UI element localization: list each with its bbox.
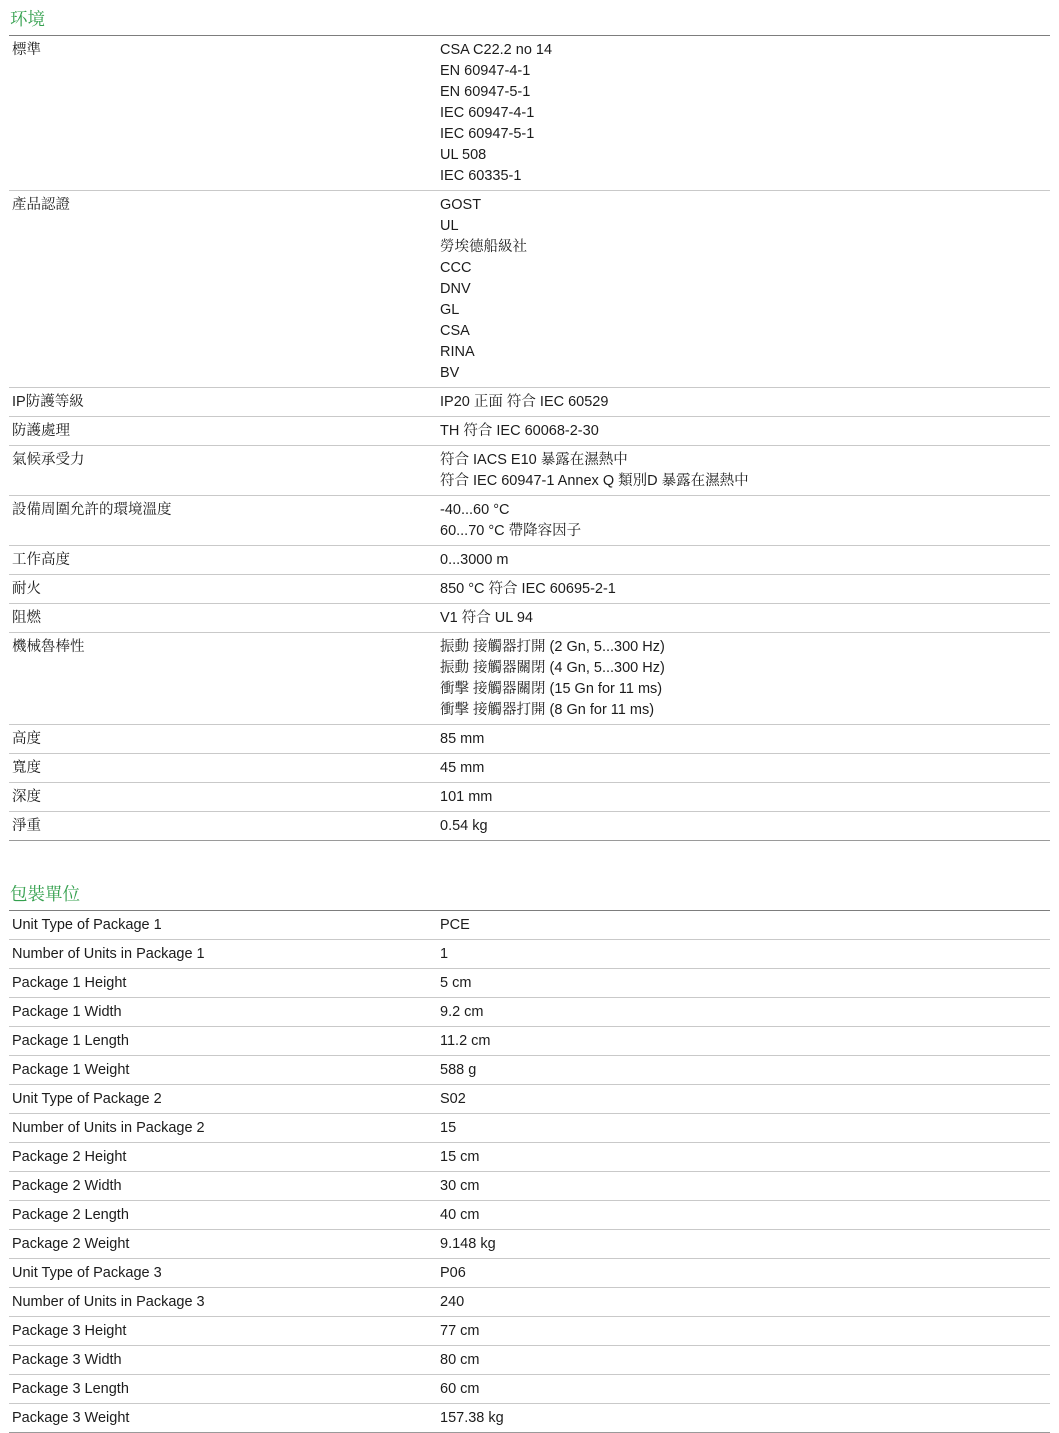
spec-label: 耐火 [9,579,440,600]
spec-value-line: 60 cm [440,1379,1046,1400]
spec-value-line: 45 mm [440,758,1046,779]
spec-label: 寬度 [9,758,440,779]
spec-value-line: 衝擊 接觸器打開 (8 Gn for 11 ms) [440,700,1046,721]
spec-page: 环境 標準 CSA C22.2 no 14EN 60947-4-1EN 6094… [0,0,1059,1433]
spec-row: 防護處理 TH 符合 IEC 60068-2-30 [9,417,1050,446]
spec-value-line: 符合 IACS E10 暴露在濕熱中 [440,450,1046,471]
spec-value-line: EN 60947-4-1 [440,61,1046,82]
spec-value: 40 cm [440,1205,1050,1226]
spec-row: Number of Units in Package 3 240 [9,1288,1050,1317]
section-rows: Unit Type of Package 1 PCE Number of Uni… [9,910,1050,1433]
spec-value-line: 勞埃德船級社 [440,237,1046,258]
spec-value-line: GOST [440,195,1046,216]
spec-value: P06 [440,1263,1050,1284]
spec-value-line: CCC [440,258,1046,279]
spec-label: Package 3 Length [9,1379,440,1400]
spec-value: -40...60 °C60...70 °C 帶降容因子 [440,500,1050,542]
spec-row: Package 1 Weight 588 g [9,1056,1050,1085]
spec-value: 15 [440,1118,1050,1139]
spec-value-line: 40 cm [440,1205,1046,1226]
spec-section: 包裝單位 Unit Type of Package 1 PCE Number o… [9,883,1050,1433]
spec-label: 工作高度 [9,550,440,571]
spec-label: 產品認證 [9,195,440,216]
spec-label: Package 2 Width [9,1176,440,1197]
spec-value-line: IP20 正面 符合 IEC 60529 [440,392,1046,413]
section-title: 包裝單位 [9,883,1050,910]
spec-row: 產品認證 GOSTUL勞埃德船級社CCCDNVGLCSARINABV [9,191,1050,388]
spec-value-line: 9.2 cm [440,1002,1046,1023]
spec-value: S02 [440,1089,1050,1110]
spec-value-line: IEC 60335-1 [440,166,1046,187]
spec-value: 240 [440,1292,1050,1313]
spec-value: 85 mm [440,729,1050,750]
spec-row: Package 3 Length 60 cm [9,1375,1050,1404]
spec-label: Package 2 Height [9,1147,440,1168]
spec-value: 0...3000 m [440,550,1050,571]
spec-row: Package 2 Height 15 cm [9,1143,1050,1172]
spec-value: 15 cm [440,1147,1050,1168]
spec-value-line: CSA C22.2 no 14 [440,40,1046,61]
spec-value-line: DNV [440,279,1046,300]
spec-value-line: RINA [440,342,1046,363]
spec-value-line: IEC 60947-4-1 [440,103,1046,124]
spec-value: 5 cm [440,973,1050,994]
spec-row: 標準 CSA C22.2 no 14EN 60947-4-1EN 60947-5… [9,36,1050,191]
section-rows: 標準 CSA C22.2 no 14EN 60947-4-1EN 60947-5… [9,35,1050,841]
spec-row: 寬度 45 mm [9,754,1050,783]
spec-row: 耐火 850 °C 符合 IEC 60695-2-1 [9,575,1050,604]
spec-label: Number of Units in Package 3 [9,1292,440,1313]
spec-value-line: 157.38 kg [440,1408,1046,1429]
spec-value-line: -40...60 °C [440,500,1046,521]
spec-value-line: 85 mm [440,729,1046,750]
spec-row: Package 1 Height 5 cm [9,969,1050,998]
spec-label: Package 3 Weight [9,1408,440,1429]
spec-value-line: BV [440,363,1046,384]
spec-row: Package 2 Length 40 cm [9,1201,1050,1230]
spec-value-line: GL [440,300,1046,321]
spec-value-line: V1 符合 UL 94 [440,608,1046,629]
spec-row: Package 3 Width 80 cm [9,1346,1050,1375]
spec-row: Package 2 Weight 9.148 kg [9,1230,1050,1259]
spec-row: 工作高度 0...3000 m [9,546,1050,575]
spec-value: 30 cm [440,1176,1050,1197]
spec-value: V1 符合 UL 94 [440,608,1050,629]
spec-value-line: 11.2 cm [440,1031,1046,1052]
spec-value: GOSTUL勞埃德船級社CCCDNVGLCSARINABV [440,195,1050,384]
spec-value-line: EN 60947-5-1 [440,82,1046,103]
spec-value-line: 0.54 kg [440,816,1046,837]
spec-label: 機械魯棒性 [9,637,440,658]
spec-value-line: 588 g [440,1060,1046,1081]
spec-value-line: IEC 60947-5-1 [440,124,1046,145]
spec-value-line: UL 508 [440,145,1046,166]
spec-row: Package 1 Width 9.2 cm [9,998,1050,1027]
spec-section: 环境 標準 CSA C22.2 no 14EN 60947-4-1EN 6094… [9,8,1050,841]
spec-value: 850 °C 符合 IEC 60695-2-1 [440,579,1050,600]
spec-value-line: TH 符合 IEC 60068-2-30 [440,421,1046,442]
spec-row: Unit Type of Package 1 PCE [9,911,1050,940]
spec-value-line: P06 [440,1263,1046,1284]
spec-value: 60 cm [440,1379,1050,1400]
spec-row: 淨重 0.54 kg [9,812,1050,840]
spec-value: 157.38 kg [440,1408,1050,1429]
spec-value: TH 符合 IEC 60068-2-30 [440,421,1050,442]
spec-row: 高度 85 mm [9,725,1050,754]
spec-row: IP防護等級 IP20 正面 符合 IEC 60529 [9,388,1050,417]
spec-value: 45 mm [440,758,1050,779]
spec-value: 9.2 cm [440,1002,1050,1023]
spec-label: Unit Type of Package 2 [9,1089,440,1110]
spec-value: 101 mm [440,787,1050,808]
spec-value-line: 30 cm [440,1176,1046,1197]
spec-label: IP防護等級 [9,392,440,413]
spec-label: Package 1 Weight [9,1060,440,1081]
spec-row: Unit Type of Package 3 P06 [9,1259,1050,1288]
spec-value: 80 cm [440,1350,1050,1371]
spec-value-line: 850 °C 符合 IEC 60695-2-1 [440,579,1046,600]
spec-value: 77 cm [440,1321,1050,1342]
spec-value-line: 15 cm [440,1147,1046,1168]
spec-value-line: 振動 接觸器關閉 (4 Gn, 5...300 Hz) [440,658,1046,679]
spec-row: 阻燃 V1 符合 UL 94 [9,604,1050,633]
spec-label: Unit Type of Package 1 [9,915,440,936]
spec-label: Package 3 Height [9,1321,440,1342]
spec-value-line: 振動 接觸器打開 (2 Gn, 5...300 Hz) [440,637,1046,658]
spec-label: 淨重 [9,816,440,837]
spec-value-line: 60...70 °C 帶降容因子 [440,521,1046,542]
spec-value-line: S02 [440,1089,1046,1110]
spec-label: Number of Units in Package 1 [9,944,440,965]
spec-row: 機械魯棒性 振動 接觸器打開 (2 Gn, 5...300 Hz)振動 接觸器關… [9,633,1050,725]
spec-value-line: 101 mm [440,787,1046,808]
spec-value-line: 1 [440,944,1046,965]
spec-label: Package 1 Length [9,1031,440,1052]
spec-label: Number of Units in Package 2 [9,1118,440,1139]
spec-row: 深度 101 mm [9,783,1050,812]
spec-label: 阻燃 [9,608,440,629]
spec-label: 防護處理 [9,421,440,442]
section-title: 环境 [9,8,1050,35]
spec-value-line: 衝擊 接觸器關閉 (15 Gn for 11 ms) [440,679,1046,700]
spec-label: 標準 [9,40,440,61]
spec-value: 符合 IACS E10 暴露在濕熱中符合 IEC 60947-1 Annex Q… [440,450,1050,492]
spec-label: Package 1 Height [9,973,440,994]
spec-value: 9.148 kg [440,1234,1050,1255]
spec-value-line: 80 cm [440,1350,1046,1371]
spec-value-line: 0...3000 m [440,550,1046,571]
spec-label: 氣候承受力 [9,450,440,471]
spec-label: Package 1 Width [9,1002,440,1023]
spec-value-line: 5 cm [440,973,1046,994]
spec-row: Number of Units in Package 1 1 [9,940,1050,969]
spec-value-line: 240 [440,1292,1046,1313]
spec-value: 0.54 kg [440,816,1050,837]
spec-row: 設備周圍允許的環境溫度 -40...60 °C60...70 °C 帶降容因子 [9,496,1050,546]
spec-value-line: 9.148 kg [440,1234,1046,1255]
spec-label: 深度 [9,787,440,808]
spec-label: 設備周圍允許的環境溫度 [9,500,440,521]
spec-value: CSA C22.2 no 14EN 60947-4-1EN 60947-5-1I… [440,40,1050,187]
spec-row: Package 3 Weight 157.38 kg [9,1404,1050,1432]
spec-label: Package 3 Width [9,1350,440,1371]
spec-row: Package 1 Length 11.2 cm [9,1027,1050,1056]
spec-value-line: CSA [440,321,1046,342]
spec-row: 氣候承受力 符合 IACS E10 暴露在濕熱中符合 IEC 60947-1 A… [9,446,1050,496]
spec-value-line: 77 cm [440,1321,1046,1342]
spec-value: 1 [440,944,1050,965]
spec-label: Package 2 Length [9,1205,440,1226]
spec-value-line: 符合 IEC 60947-1 Annex Q 類別D 暴露在濕熱中 [440,471,1046,492]
spec-value: PCE [440,915,1050,936]
spec-label: Package 2 Weight [9,1234,440,1255]
spec-value: IP20 正面 符合 IEC 60529 [440,392,1050,413]
spec-value-line: UL [440,216,1046,237]
spec-row: Package 2 Width 30 cm [9,1172,1050,1201]
spec-value: 振動 接觸器打開 (2 Gn, 5...300 Hz)振動 接觸器關閉 (4 G… [440,637,1050,721]
spec-row: Number of Units in Package 2 15 [9,1114,1050,1143]
spec-row: Unit Type of Package 2 S02 [9,1085,1050,1114]
spec-value-line: PCE [440,915,1046,936]
spec-value: 588 g [440,1060,1050,1081]
spec-label: 高度 [9,729,440,750]
spec-value: 11.2 cm [440,1031,1050,1052]
spec-row: Package 3 Height 77 cm [9,1317,1050,1346]
spec-label: Unit Type of Package 3 [9,1263,440,1284]
spec-value-line: 15 [440,1118,1046,1139]
